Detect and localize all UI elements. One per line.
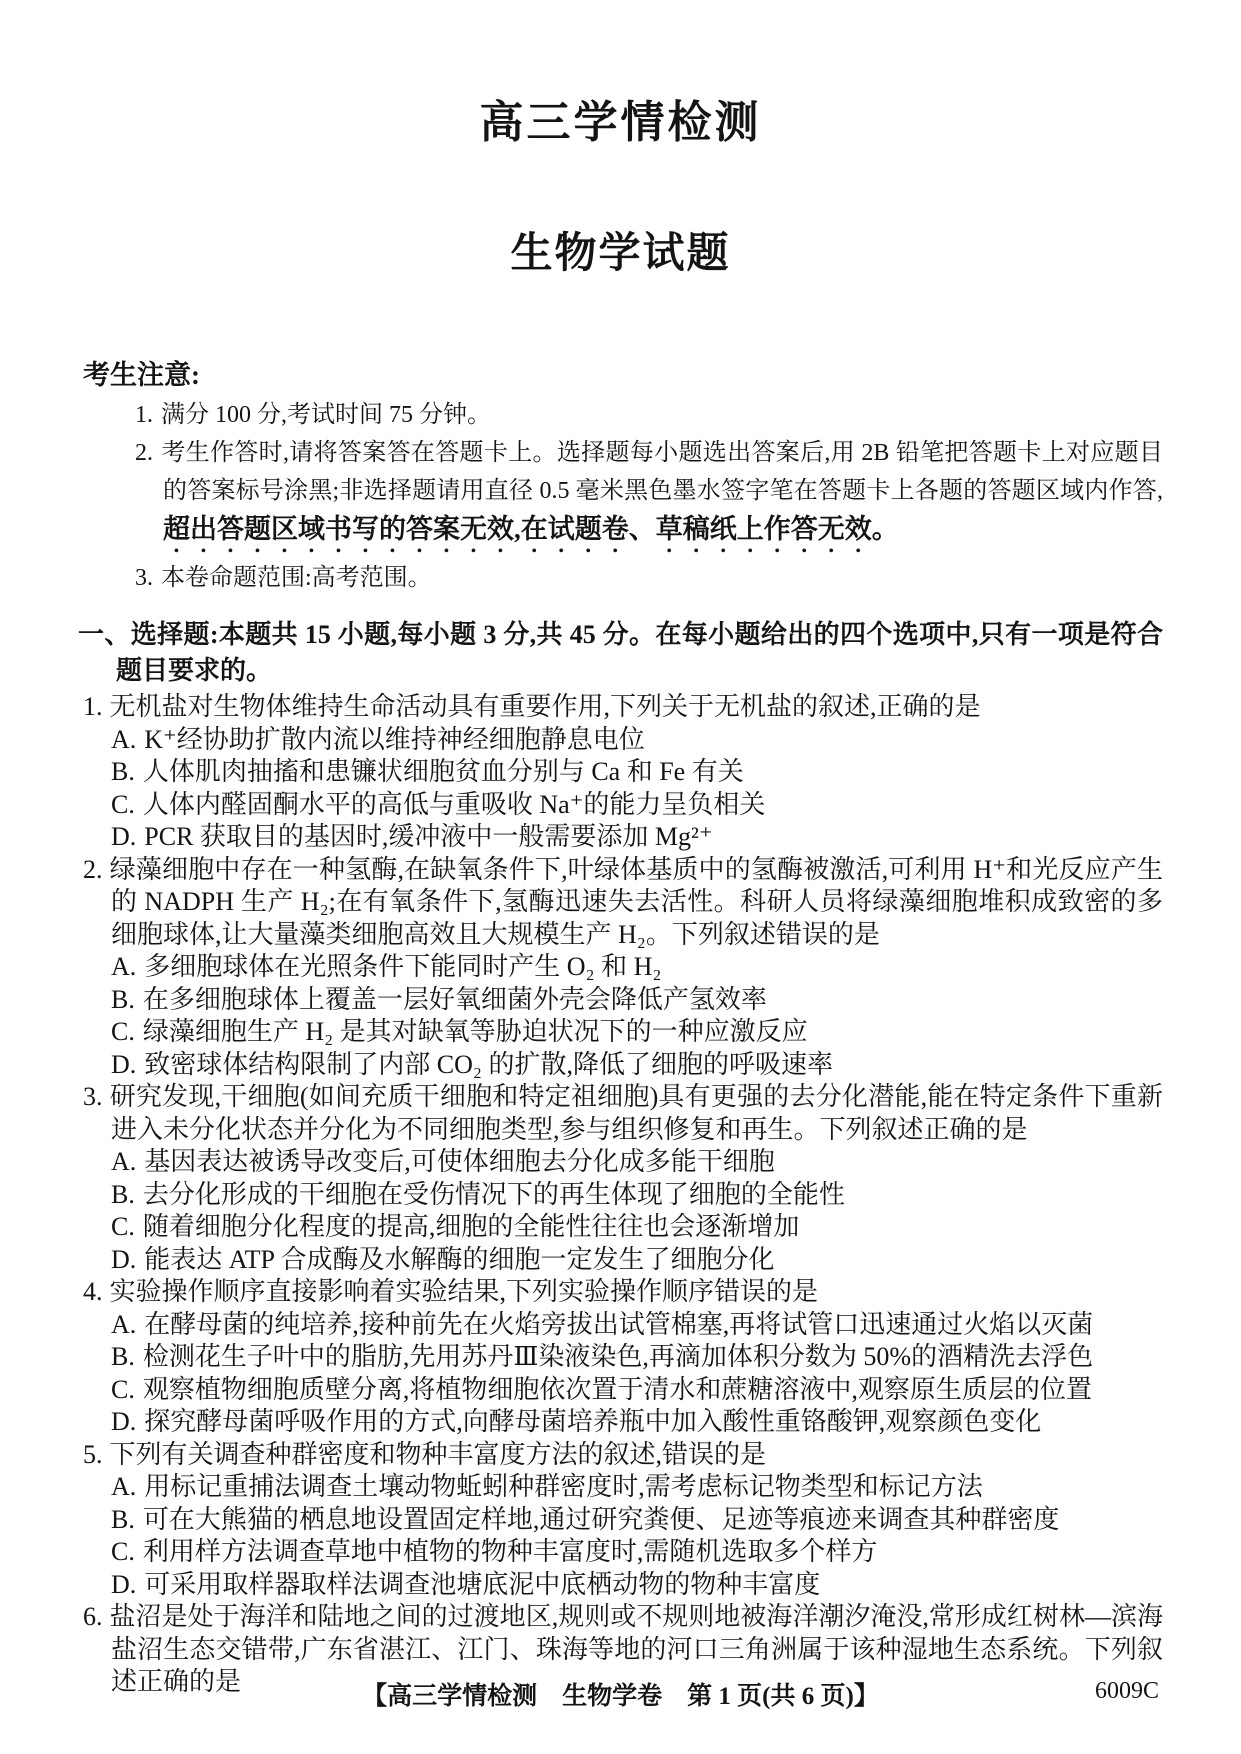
- notice-section: 考生注意: 1.满分 100 分,考试时间 75 分钟。 2.考生作答时,请将答…: [83, 354, 1163, 597]
- option-text: 用标记重捕法调查土壤动物蚯蚓种群密度时,需考虑标记物类型和标记方法: [144, 1472, 983, 1501]
- question-number: 3.: [83, 1082, 103, 1111]
- question-stem-row: 2.绿藻细胞中存在一种氢酶,在缺氧条件下,叶绿体基质中的氢酶被激活,可利用 H⁺…: [83, 854, 1163, 952]
- option-text: K⁺经协助扩散内流以维持神经细胞静息电位: [144, 725, 645, 754]
- notice-item: 2.考生作答时,请将答案答在答题卡上。选择题每小题选出答案后,用 2B 铅笔把答…: [135, 434, 1163, 559]
- option: C.观察植物细胞质壁分离,将植物细胞依次置于清水和蔗糖溶液中,观察原生质层的位置: [83, 1374, 1163, 1407]
- notice-heading: 考生注意:: [83, 354, 1163, 396]
- question-1: 1.无机盐对生物体维持生命活动具有重要作用,下列关于无机盐的叙述,正确的是 A.…: [83, 691, 1163, 854]
- option-label: C.: [111, 1017, 135, 1046]
- option: D.可采用取样器取样法调查池塘底泥中底栖动物的物种丰富度: [83, 1569, 1163, 1602]
- option-text: 随着细胞分化程度的提高,细胞的全能性往往也会逐渐增加: [143, 1212, 800, 1241]
- option-label: A.: [111, 1472, 136, 1501]
- option-text: 能表达 ATP 合成酶及水解酶的细胞一定发生了细胞分化: [144, 1245, 774, 1274]
- question-stem: 下列有关调查种群密度和物种丰富度方法的叙述,错误的是: [110, 1440, 767, 1469]
- option-text: 绿藻细胞生产 H₂ 是其对缺氧等胁迫状况下的一种应激反应: [143, 1017, 808, 1046]
- option-label: A.: [111, 1310, 136, 1339]
- option-label: D.: [111, 822, 136, 851]
- question-list: 1.无机盐对生物体维持生命活动具有重要作用,下列关于无机盐的叙述,正确的是 A.…: [83, 691, 1163, 1699]
- question-stem-row: 4.实验操作顺序直接影响着实验结果,下列实验操作顺序错误的是: [83, 1276, 1163, 1309]
- question-number: 5.: [83, 1440, 103, 1469]
- notice-item-number: 1.: [135, 402, 153, 428]
- option: D.致密球体结构限制了内部 CO₂ 的扩散,降低了细胞的呼吸速率: [83, 1049, 1163, 1082]
- option-text: 多细胞球体在光照条件下能同时产生 O₂ 和 H₂: [144, 952, 661, 981]
- question-number: 4.: [83, 1277, 103, 1306]
- option-text: 去分化形成的干细胞在受伤情况下的再生体现了细胞的全能性: [143, 1180, 845, 1209]
- question-stem-row: 3.研究发现,干细胞(如间充质干细胞和特定祖细胞)具有更强的去分化潜能,能在特定…: [83, 1081, 1163, 1146]
- option-label: C.: [111, 1375, 135, 1404]
- option: A.基因表达被诱导改变后,可使体细胞去分化成多能干细胞: [83, 1146, 1163, 1179]
- option-label: B.: [111, 1505, 135, 1534]
- option: B.去分化形成的干细胞在受伤情况下的再生体现了细胞的全能性: [83, 1179, 1163, 1212]
- option: A.K⁺经协助扩散内流以维持神经细胞静息电位: [83, 724, 1163, 757]
- notice-list: 1.满分 100 分,考试时间 75 分钟。 2.考生作答时,请将答案答在答题卡…: [83, 396, 1163, 597]
- question-2: 2.绿藻细胞中存在一种氢酶,在缺氧条件下,叶绿体基质中的氢酶被激活,可利用 H⁺…: [83, 854, 1163, 1082]
- option-label: D.: [111, 1245, 136, 1274]
- option-text: 利用样方法调查草地中植物的物种丰富度时,需随机选取多个样方: [143, 1537, 878, 1566]
- question-4: 4.实验操作顺序直接影响着实验结果,下列实验操作顺序错误的是 A.在酵母菌的纯培…: [83, 1276, 1163, 1439]
- option: B.人体肌肉抽搐和患镰状细胞贫血分别与 Ca 和 Fe 有关: [83, 756, 1163, 789]
- option-text: 检测花生子叶中的脂肪,先用苏丹Ⅲ染液染色,再滴加体积分数为 50%的酒精洗去浮色: [143, 1342, 1093, 1371]
- option: A.多细胞球体在光照条件下能同时产生 O₂ 和 H₂: [83, 951, 1163, 984]
- option: A.用标记重捕法调查土壤动物蚯蚓种群密度时,需考虑标记物类型和标记方法: [83, 1471, 1163, 1504]
- footer-label: 【高三学情检测 生物学卷 第 1 页(共 6 页)】: [0, 1676, 1241, 1712]
- notice-item-number: 2.: [135, 440, 153, 466]
- option-label: C.: [111, 1212, 135, 1241]
- option: C.随着细胞分化程度的提高,细胞的全能性往往也会逐渐增加: [83, 1211, 1163, 1244]
- option-text: 人体肌肉抽搐和患镰状细胞贫血分别与 Ca 和 Fe 有关: [143, 757, 744, 786]
- question-5: 5.下列有关调查种群密度和物种丰富度方法的叙述,错误的是 A.用标记重捕法调查土…: [83, 1439, 1163, 1602]
- page-footer: 【高三学情检测 生物学卷 第 1 页(共 6 页)】 6009C: [0, 1676, 1241, 1716]
- option: B.检测花生子叶中的脂肪,先用苏丹Ⅲ染液染色,再滴加体积分数为 50%的酒精洗去…: [83, 1341, 1163, 1374]
- option-label: C.: [111, 1537, 135, 1566]
- option-label: A.: [111, 1147, 136, 1176]
- option: D.PCR 获取目的基因时,缓冲液中一般需要添加 Mg²⁺: [83, 821, 1163, 854]
- exam-title: 高三学情检测: [0, 0, 1241, 150]
- option-text: 在多细胞球体上覆盖一层好氧细菌外壳会降低产氢效率: [143, 985, 767, 1014]
- option-text: 探究酵母菌呼吸作用的方式,向酵母菌培养瓶中加入酸性重铬酸钾,观察颜色变化: [144, 1407, 1041, 1436]
- option-text: PCR 获取目的基因时,缓冲液中一般需要添加 Mg²⁺: [144, 822, 712, 851]
- option-text: 在酵母菌的纯培养,接种前先在火焰旁拔出试管棉塞,再将试管口迅速通过火焰以灭菌: [144, 1310, 1093, 1339]
- question-stem-row: 1.无机盐对生物体维持生命活动具有重要作用,下列关于无机盐的叙述,正确的是: [83, 691, 1163, 724]
- paper-code: 6009C: [1095, 1678, 1159, 1705]
- option-text: 可在大熊猫的栖息地设置固定样地,通过研究粪便、足迹等痕迹来调查其种群密度: [143, 1505, 1060, 1534]
- option-label: C.: [111, 790, 135, 819]
- notice-item: 1.满分 100 分,考试时间 75 分钟。: [135, 396, 1163, 434]
- option-label: D.: [111, 1407, 136, 1436]
- question-number: 2.: [83, 855, 103, 884]
- option: B.在多细胞球体上覆盖一层好氧细菌外壳会降低产氢效率: [83, 984, 1163, 1017]
- option-label: B.: [111, 757, 135, 786]
- option-text: 可采用取样器取样法调查池塘底泥中底栖动物的物种丰富度: [144, 1570, 820, 1599]
- option: B.可在大熊猫的栖息地设置固定样地,通过研究粪便、足迹等痕迹来调查其种群密度: [83, 1504, 1163, 1537]
- question-stem: 无机盐对生物体维持生命活动具有重要作用,下列关于无机盐的叙述,正确的是: [110, 692, 981, 721]
- option-label: A.: [111, 725, 136, 754]
- option-label: B.: [111, 1342, 135, 1371]
- option-label: B.: [111, 1180, 135, 1209]
- option-text: 人体内醛固酮水平的高低与重吸收 Na⁺的能力呈负相关: [143, 790, 766, 819]
- option-label: D.: [111, 1570, 136, 1599]
- question-stem: 绿藻细胞中存在一种氢酶,在缺氧条件下,叶绿体基质中的氢酶被激活,可利用 H⁺和光…: [110, 855, 1164, 949]
- notice-item-text: 考生作答时,请将答案答在答题卡上。选择题每小题选出答案后,用 2B 铅笔把答题卡…: [161, 440, 1163, 504]
- section-heading: 一、选择题:本题共 15 小题,每小题 3 分,共 45 分。在每小题给出的四个…: [78, 617, 1163, 689]
- question-number: 6.: [83, 1602, 103, 1631]
- option-label: D.: [111, 1050, 136, 1079]
- question-number: 1.: [83, 692, 103, 721]
- option: D.探究酵母菌呼吸作用的方式,向酵母菌培养瓶中加入酸性重铬酸钾,观察颜色变化: [83, 1406, 1163, 1439]
- paper-subtitle: 生物学试题: [0, 220, 1241, 280]
- question-stem-row: 5.下列有关调查种群密度和物种丰富度方法的叙述,错误的是: [83, 1439, 1163, 1472]
- option: D.能表达 ATP 合成酶及水解酶的细胞一定发生了细胞分化: [83, 1244, 1163, 1277]
- option-label: A.: [111, 952, 136, 981]
- exam-page: 高三学情检测 生物学试题 考生注意: 1.满分 100 分,考试时间 75 分钟…: [0, 0, 1241, 1754]
- option-text: 观察植物细胞质壁分离,将植物细胞依次置于清水和蔗糖溶液中,观察原生质层的位置: [143, 1375, 1092, 1404]
- notice-item: 3.本卷命题范围:高考范围。: [135, 559, 1163, 597]
- option: C.绿藻细胞生产 H₂ 是其对缺氧等胁迫状况下的一种应激反应: [83, 1016, 1163, 1049]
- notice-emphasis-text: 超出答题区域书写的答案无效,在试题卷、草稿纸上作答无效。: [163, 514, 899, 544]
- option: A.在酵母菌的纯培养,接种前先在火焰旁拔出试管棉塞,再将试管口迅速通过火焰以灭菌: [83, 1309, 1163, 1342]
- option-text: 致密球体结构限制了内部 CO₂ 的扩散,降低了细胞的呼吸速率: [144, 1050, 833, 1079]
- notice-item-text: 本卷命题范围:高考范围。: [161, 565, 432, 591]
- notice-item-number: 3.: [135, 565, 153, 591]
- option: C.人体内醛固酮水平的高低与重吸收 Na⁺的能力呈负相关: [83, 789, 1163, 822]
- question-3: 3.研究发现,干细胞(如间充质干细胞和特定祖细胞)具有更强的去分化潜能,能在特定…: [83, 1081, 1163, 1276]
- question-stem: 实验操作顺序直接影响着实验结果,下列实验操作顺序错误的是: [110, 1277, 819, 1306]
- option-text: 基因表达被诱导改变后,可使体细胞去分化成多能干细胞: [144, 1147, 775, 1176]
- question-stem: 研究发现,干细胞(如间充质干细胞和特定祖细胞)具有更强的去分化潜能,能在特定条件…: [110, 1082, 1164, 1144]
- option: C.利用样方法调查草地中植物的物种丰富度时,需随机选取多个样方: [83, 1536, 1163, 1569]
- option-label: B.: [111, 985, 135, 1014]
- notice-item-text: 满分 100 分,考试时间 75 分钟。: [161, 402, 491, 428]
